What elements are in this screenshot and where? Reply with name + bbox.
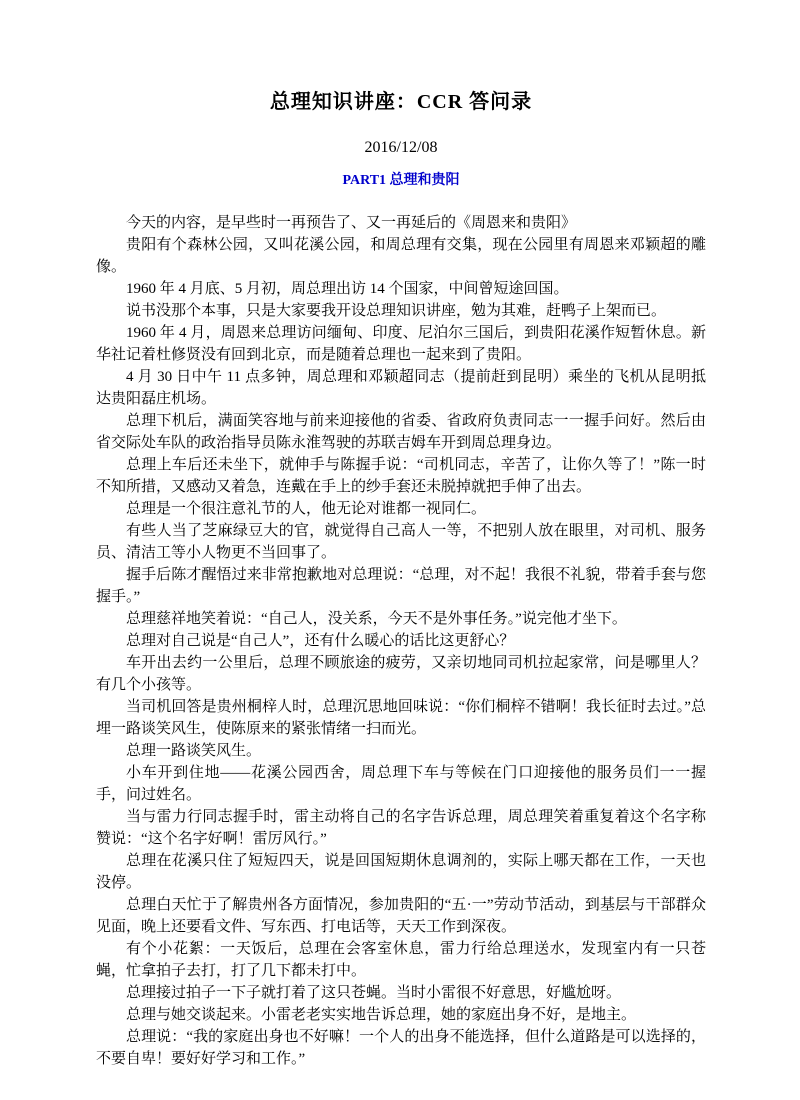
paragraph: 总理下机后，满面笑容地与前来迎接他的省委、省政府负责同志一一握手问好。然后由省交… xyxy=(96,410,706,454)
paragraph: 总理接过拍子一下子就打着了这只苍蝇。当时小雷很不好意思，好尴尬呀。 xyxy=(96,982,706,1004)
paragraph: 总理说：“我的家庭出身也不好嘛！一个人的出身不能选择，但什么道路是可以选择的，不… xyxy=(96,1026,706,1070)
section-heading: PART1 总理和贵阳 xyxy=(96,172,706,190)
document-body: 今天的内容，是早些时一再预告了、又一再延后的《周恩来和贵阳》贵阳有个森林公园，又… xyxy=(96,212,706,1070)
paragraph: 总理上车后还未坐下，就伸手与陈握手说：“司机同志，辛苦了，让你久等了！”陈一时不… xyxy=(96,454,706,498)
paragraph: 有个小花絮：一天饭后，总理在会客室休息，雷力行给总理送水，发现室内有一只苍蝇，忙… xyxy=(96,938,706,982)
paragraph: 1960 年 4 月底、5 月初，周总理出访 14 个国家，中间曾短途回国。 xyxy=(96,278,706,300)
paragraph: 总理与她交谈起来。小雷老老实实地告诉总理，她的家庭出身不好，是地主。 xyxy=(96,1004,706,1026)
paragraph: 贵阳有个森林公园，又叫花溪公园，和周总理有交集，现在公园里有周恩来邓颖超的雕像。 xyxy=(96,234,706,278)
paragraph: 总理对自己说是“自己人”，还有什么暖心的话比这更舒心？ xyxy=(96,630,706,652)
paragraph: 总理慈祥地笑着说：“自己人，没关系，今天不是外事任务。”说完他才坐下。 xyxy=(96,608,706,630)
paragraph: 车开出去约一公里后，总理不顾旅途的疲劳，又亲切地同司机拉起家常，问是哪里人？有几… xyxy=(96,652,706,696)
document-date: 2016/12/08 xyxy=(96,138,706,158)
paragraph: 小车开到住地——花溪公园西舍，周总理下车与等候在门口迎接他的服务员们一一握手，问… xyxy=(96,762,706,806)
paragraph: 总理在花溪只住了短短四天，说是回国短期休息调剂的，实际上哪天都在工作，一天也没停… xyxy=(96,850,706,894)
paragraph: 4 月 30 日中午 11 点多钟，周总理和邓颖超同志（提前赶到昆明）乘坐的飞机… xyxy=(96,366,706,410)
paragraph: 说书没那个本事，只是大家要我开设总理知识讲座，勉为其难，赶鸭子上架而已。 xyxy=(96,300,706,322)
document-title: 总理知识讲座：CCR 答问录 xyxy=(96,90,706,114)
paragraph: 总理一路谈笑风生。 xyxy=(96,740,706,762)
paragraph: 1960 年 4 月，周恩来总理访问缅甸、印度、尼泊尔三国后，到贵阳花溪作短暂休… xyxy=(96,322,706,366)
document-page: 总理知识讲座：CCR 答问录 2016/12/08 PART1 总理和贵阳 今天… xyxy=(0,0,800,1100)
paragraph: 总理白天忙于了解贵州各方面情况，参加贵阳的“五·一”劳动节活动，到基层与干部群众… xyxy=(96,894,706,938)
paragraph: 有些人当了芝麻绿豆大的官，就觉得自己高人一等，不把别人放在眼里，对司机、服务员、… xyxy=(96,520,706,564)
paragraph: 握手后陈才醒悟过来非常抱歉地对总理说：“总理，对不起！我很不礼貌，带着手套与您握… xyxy=(96,564,706,608)
paragraph: 今天的内容，是早些时一再预告了、又一再延后的《周恩来和贵阳》 xyxy=(96,212,706,234)
paragraph: 当司机回答是贵州桐梓人时，总理沉思地回味说：“你们桐梓不错啊！我长征时去过。”总… xyxy=(96,696,706,740)
paragraph: 总理是一个很注意礼节的人，他无论对谁都一视同仁。 xyxy=(96,498,706,520)
paragraph: 当与雷力行同志握手时，雷主动将自己的名字告诉总理，周总理笑着重复着这个名字称赞说… xyxy=(96,806,706,850)
